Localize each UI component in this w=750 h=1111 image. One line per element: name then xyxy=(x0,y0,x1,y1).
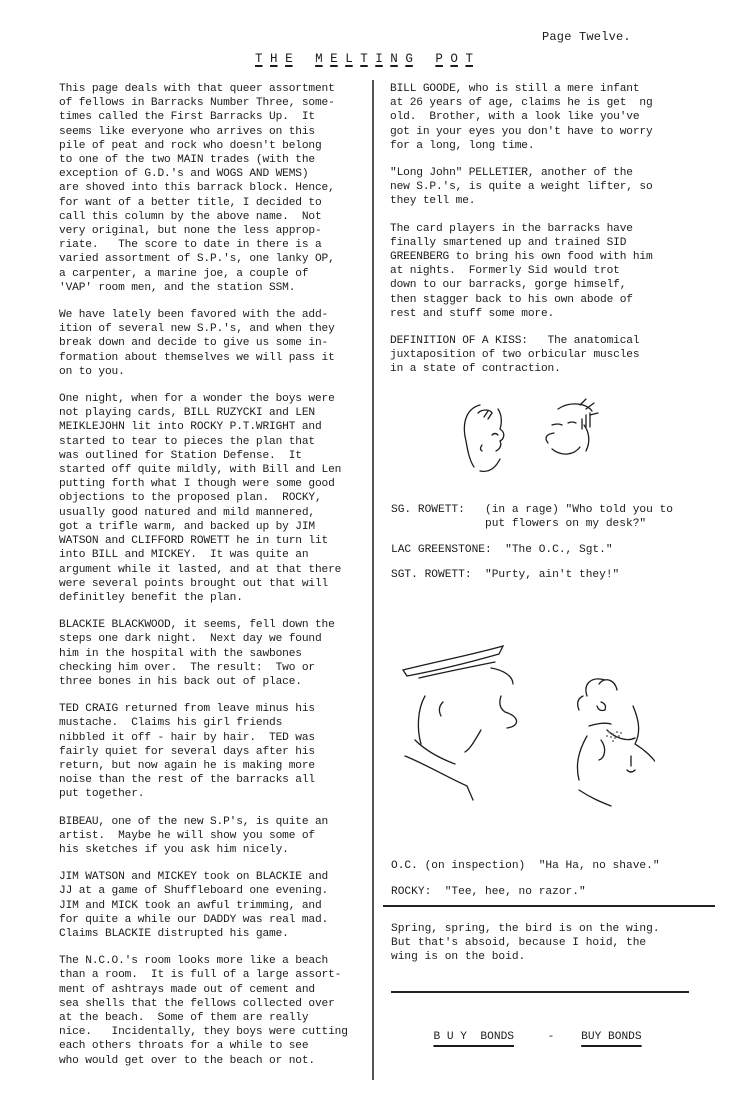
cartoon1-line-2: LAC GREENSTONE: "The O.C., Sgt." xyxy=(391,543,673,557)
buy-bonds-left: B U Y BONDS xyxy=(433,1031,514,1043)
cartoon2-line-2: ROCKY: "Tee, hee, no razor." xyxy=(391,885,660,899)
left-paragraph-6: BIBEAU, one of the new S.P's, is quite a… xyxy=(59,815,379,858)
buy-bonds-slogan: B U Y BONDS - BUY BONDS xyxy=(420,1019,642,1043)
left-paragraph-3: One night, when for a wonder the boys we… xyxy=(59,392,379,605)
left-paragraph-2: We have lately been favored with the add… xyxy=(59,308,379,379)
cartoon1-dialog: SG. ROWETT: (in a rage) "Who told you to… xyxy=(391,492,673,594)
horizontal-rule-1 xyxy=(383,905,715,907)
officer-and-airman-sketch-icon xyxy=(395,640,655,820)
left-paragraph-4: BLACKIE BLACKWOOD, it seems, fell down t… xyxy=(59,618,379,689)
cartoon2-dialog: O.C. (on inspection) "Ha Ha, no shave."R… xyxy=(391,848,660,910)
cartoon1-line-1: SG. ROWETT: (in a rage) "Who told you to… xyxy=(391,503,673,531)
right-paragraph-1: BILL GOODE, who is still a mere infant a… xyxy=(390,82,720,153)
left-paragraph-1: This page deals with that queer assortme… xyxy=(59,82,379,295)
horizontal-rule-2 xyxy=(391,991,689,993)
buy-bonds-right: BUY BONDS xyxy=(581,1031,641,1043)
left-column: This page deals with that queer assortme… xyxy=(59,82,379,1081)
right-paragraph-3: The card players in the barracks have fi… xyxy=(390,222,720,321)
right-paragraph-2: "Long John" PELLETIER, another of the ne… xyxy=(390,166,720,209)
left-paragraph-5: TED CRAIG returned from leave minus his … xyxy=(59,702,379,801)
cartoon2-line-1: O.C. (on inspection) "Ha Ha, no shave." xyxy=(391,859,660,873)
right-paragraph-4: DEFINITION OF A KISS: The anatomical jux… xyxy=(390,334,720,377)
poem: Spring, spring, the bird is on the wing.… xyxy=(391,922,660,965)
right-column-top: BILL GOODE, who is still a mere infant a… xyxy=(390,82,720,390)
page-title: T H E M E L T I N G P O T xyxy=(255,52,473,66)
left-paragraph-8: The N.C.O.'s room looks more like a beac… xyxy=(59,954,379,1068)
cartoon1-line-3: SGT. ROWETT: "Purty, ain't they!" xyxy=(391,568,673,582)
left-paragraph-7: JIM WATSON and MICKEY took on BLACKIE an… xyxy=(59,870,379,941)
two-faces-sketch-icon xyxy=(440,395,620,485)
page-number: Page Twelve. xyxy=(542,30,631,44)
